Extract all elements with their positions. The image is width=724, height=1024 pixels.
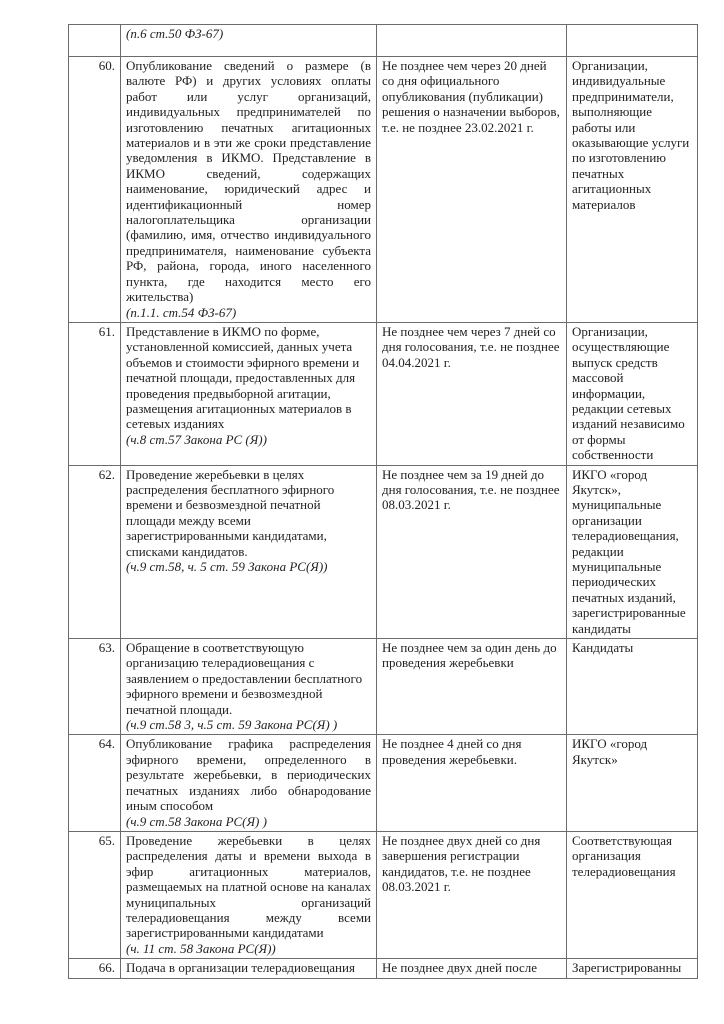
document-page: (п.6 ст.50 ФЗ-67) 60. Опубликование свед… xyxy=(0,0,724,1024)
responsible-cell: Зарегистрированны xyxy=(567,959,698,978)
row-number: 61. xyxy=(69,322,121,465)
event-description: Опубликование графика распределения эфир… xyxy=(126,736,371,813)
event-cell: Представление в ИКМО по форме, установле… xyxy=(121,322,377,465)
row-number-cell xyxy=(69,25,121,57)
responsible-cell: ИКГО «город Якутск», муниципальные орган… xyxy=(567,465,698,638)
table-row: 61. Представление в ИКМО по форме, устан… xyxy=(69,322,698,465)
responsible-cell: Кандидаты xyxy=(567,639,698,735)
table-row: 63. Обращение в соответствующую организа… xyxy=(69,639,698,735)
legal-reference: (ч.9 ст.58 3, ч.5 ст. 59 Закона РС(Я) ) xyxy=(126,717,371,732)
event-description: Проведение жеребьевки в целях распределе… xyxy=(126,833,371,941)
table-row: 64. Опубликование графика распределения … xyxy=(69,735,698,831)
event-cell: Опубликование графика распределения эфир… xyxy=(121,735,377,831)
deadline-cell: Не позднее чем за 19 дней до дня голосов… xyxy=(377,465,567,638)
row-number: 64. xyxy=(69,735,121,831)
responsible-cell: Организации, осуществляющие выпуск средс… xyxy=(567,322,698,465)
row-number: 60. xyxy=(69,57,121,323)
event-cell: Обращение в соответствующую организацию … xyxy=(121,639,377,735)
event-cell: Подача в организации телерадиовещания xyxy=(121,959,377,978)
legal-reference: (п.1.1. ст.54 ФЗ-67) xyxy=(126,305,371,320)
row-number: 65. xyxy=(69,831,121,958)
responsible-cell xyxy=(567,25,698,57)
event-description: Проведение жеребьевки в целях распределе… xyxy=(126,467,371,559)
responsible-cell: ИКГО «город Якутск» xyxy=(567,735,698,831)
legal-reference: (ч.9 ст.58 Закона РС(Я) ) xyxy=(126,814,371,829)
legal-reference: (п.6 ст.50 ФЗ-67) xyxy=(126,26,371,41)
event-description: Опубликование сведений о размере (в валю… xyxy=(126,58,371,305)
deadline-cell: Не позднее двух дней со дня завершения р… xyxy=(377,831,567,958)
responsible-cell: Соответствующая организация телерадиовещ… xyxy=(567,831,698,958)
table-row-continuation: (п.6 ст.50 ФЗ-67) xyxy=(69,25,698,57)
event-cell: Опубликование сведений о размере (в валю… xyxy=(121,57,377,323)
row-number: 66. xyxy=(69,959,121,978)
deadline-cell: Не позднее чем через 7 дней со дня голос… xyxy=(377,322,567,465)
row-number: 62. xyxy=(69,465,121,638)
responsible-cell: Организации, индивидуальные предпринимат… xyxy=(567,57,698,323)
election-schedule-table: (п.6 ст.50 ФЗ-67) 60. Опубликование свед… xyxy=(68,24,698,979)
table-row: 66. Подача в организации телерадиовещани… xyxy=(69,959,698,978)
table-row: 60. Опубликование сведений о размере (в … xyxy=(69,57,698,323)
deadline-cell: Не позднее чем через 20 дней со дня офиц… xyxy=(377,57,567,323)
event-description: Обращение в соответствующую организацию … xyxy=(126,640,371,717)
event-description: Представление в ИКМО по форме, установле… xyxy=(126,324,371,432)
deadline-cell: Не позднее двух дней после xyxy=(377,959,567,978)
table-row: 65. Проведение жеребьевки в целях распре… xyxy=(69,831,698,958)
legal-reference: (ч.9 ст.58, ч. 5 ст. 59 Закона РС(Я)) xyxy=(126,559,371,574)
event-cell: (п.6 ст.50 ФЗ-67) xyxy=(121,25,377,57)
table-row: 62. Проведение жеребьевки в целях распре… xyxy=(69,465,698,638)
event-cell: Проведение жеребьевки в целях распределе… xyxy=(121,465,377,638)
legal-reference: (ч.8 ст.57 Закона РС (Я)) xyxy=(126,432,371,447)
event-description: Подача в организации телерадиовещания xyxy=(126,960,371,975)
deadline-cell xyxy=(377,25,567,57)
deadline-cell: Не позднее чем за один день до проведени… xyxy=(377,639,567,735)
legal-reference: (ч. 11 ст. 58 Закона РС(Я)) xyxy=(126,941,371,956)
row-number: 63. xyxy=(69,639,121,735)
event-cell: Проведение жеребьевки в целях распределе… xyxy=(121,831,377,958)
deadline-cell: Не позднее 4 дней со дня проведения жере… xyxy=(377,735,567,831)
